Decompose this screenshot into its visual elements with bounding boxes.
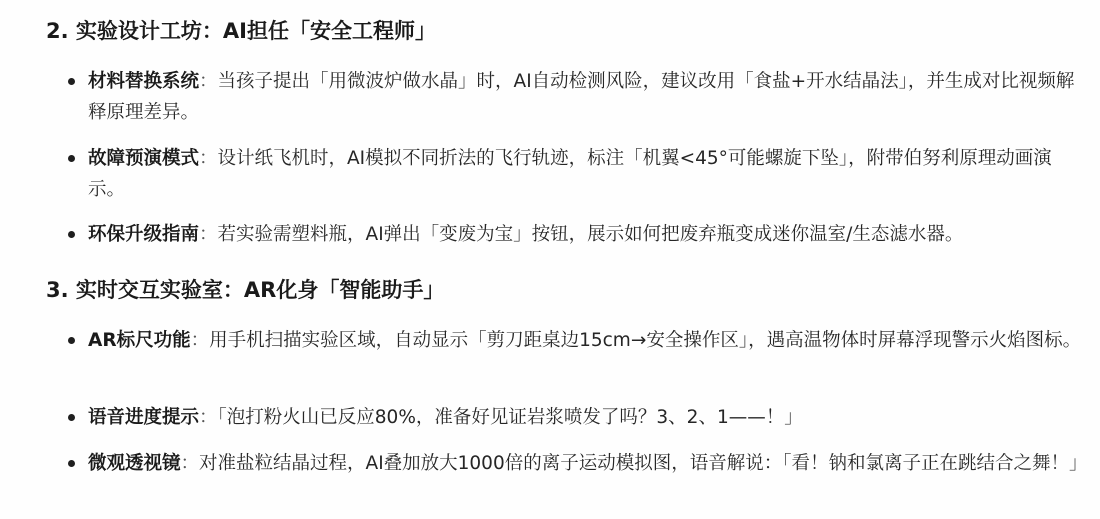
item-separator: ： [199, 224, 218, 245]
item-term: 材料替换系统 [88, 71, 199, 92]
section-heading-realtime-lab: 3. 实时交互实验室：AR化身「智能助手」 [46, 276, 444, 304]
list-item-failure-preview: 故障预演模式：设计纸飞机时，AI模拟不同折法的飞行轨迹，标注「机翼<45°可能螺… [88, 143, 1088, 205]
list-item-material-replacement: 材料替换系统：当孩子提出「用微波炉做水晶」时，AI自动检测风险，建议改用「食盐+… [88, 66, 1088, 128]
item-separator: ： [181, 453, 200, 474]
item-term: 环保升级指南 [88, 224, 199, 245]
item-text: 若实验需塑料瓶，AI弹出「变废为宝」按钮，展示如何把废弃瓶变成迷你温室/生态滤水… [218, 224, 964, 245]
item-separator: ： [199, 148, 218, 169]
list-item-voice-progress: 语音进度提示：「泡打粉火山已反应80%，准备好见证岩浆喷发了吗？3、2、1——！… [88, 402, 1088, 433]
bullet-icon [68, 460, 75, 467]
item-term: AR标尺功能 [88, 330, 191, 351]
item-separator: ： [199, 71, 218, 92]
item-separator: ： [191, 330, 210, 351]
item-text: 用手机扫描实验区域，自动显示「剪刀距桌边15cm→安全操作区」，遇高温物体时屏幕… [209, 330, 1081, 351]
item-term: 故障预演模式 [88, 148, 199, 169]
item-text: 「泡打粉火山已反应80%，准备好见证岩浆喷发了吗？3、2、1——！」 [218, 407, 803, 428]
list-item-ar-ruler: AR标尺功能：用手机扫描实验区域，自动显示「剪刀距桌边15cm→安全操作区」，遇… [88, 325, 1088, 356]
list-item-eco-upgrade: 环保升级指南：若实验需塑料瓶，AI弹出「变废为宝」按钮，展示如何把废弃瓶变成迷你… [88, 219, 1088, 250]
document-body: 2. 实验设计工坊：AI担任「安全工程师」 材料替换系统：当孩子提出「用微波炉做… [0, 0, 1100, 519]
item-separator: ： [199, 407, 218, 428]
section-heading-experiment-design: 2. 实验设计工坊：AI担任「安全工程师」 [46, 17, 436, 45]
bullet-icon [68, 337, 75, 344]
item-term: 语音进度提示 [88, 407, 199, 428]
item-text: 当孩子提出「用微波炉做水晶」时，AI自动检测风险，建议改用「食盐+开水结晶法」，… [88, 71, 1074, 123]
bullet-icon [68, 155, 75, 162]
item-text: 对准盐粒结晶过程，AI叠加放大1000倍的离子运动模拟图，语音解说：「看！钠和氯… [199, 453, 1087, 474]
list-item-micro-lens: 微观透视镜：对准盐粒结晶过程，AI叠加放大1000倍的离子运动模拟图，语音解说：… [88, 448, 1088, 479]
item-text: 设计纸飞机时，AI模拟不同折法的飞行轨迹，标注「机翼<45°可能螺旋下坠」，附带… [88, 148, 1052, 200]
item-term: 微观透视镜 [88, 453, 181, 474]
bullet-icon [68, 78, 75, 85]
bullet-icon [68, 231, 75, 238]
bullet-icon [68, 414, 75, 421]
